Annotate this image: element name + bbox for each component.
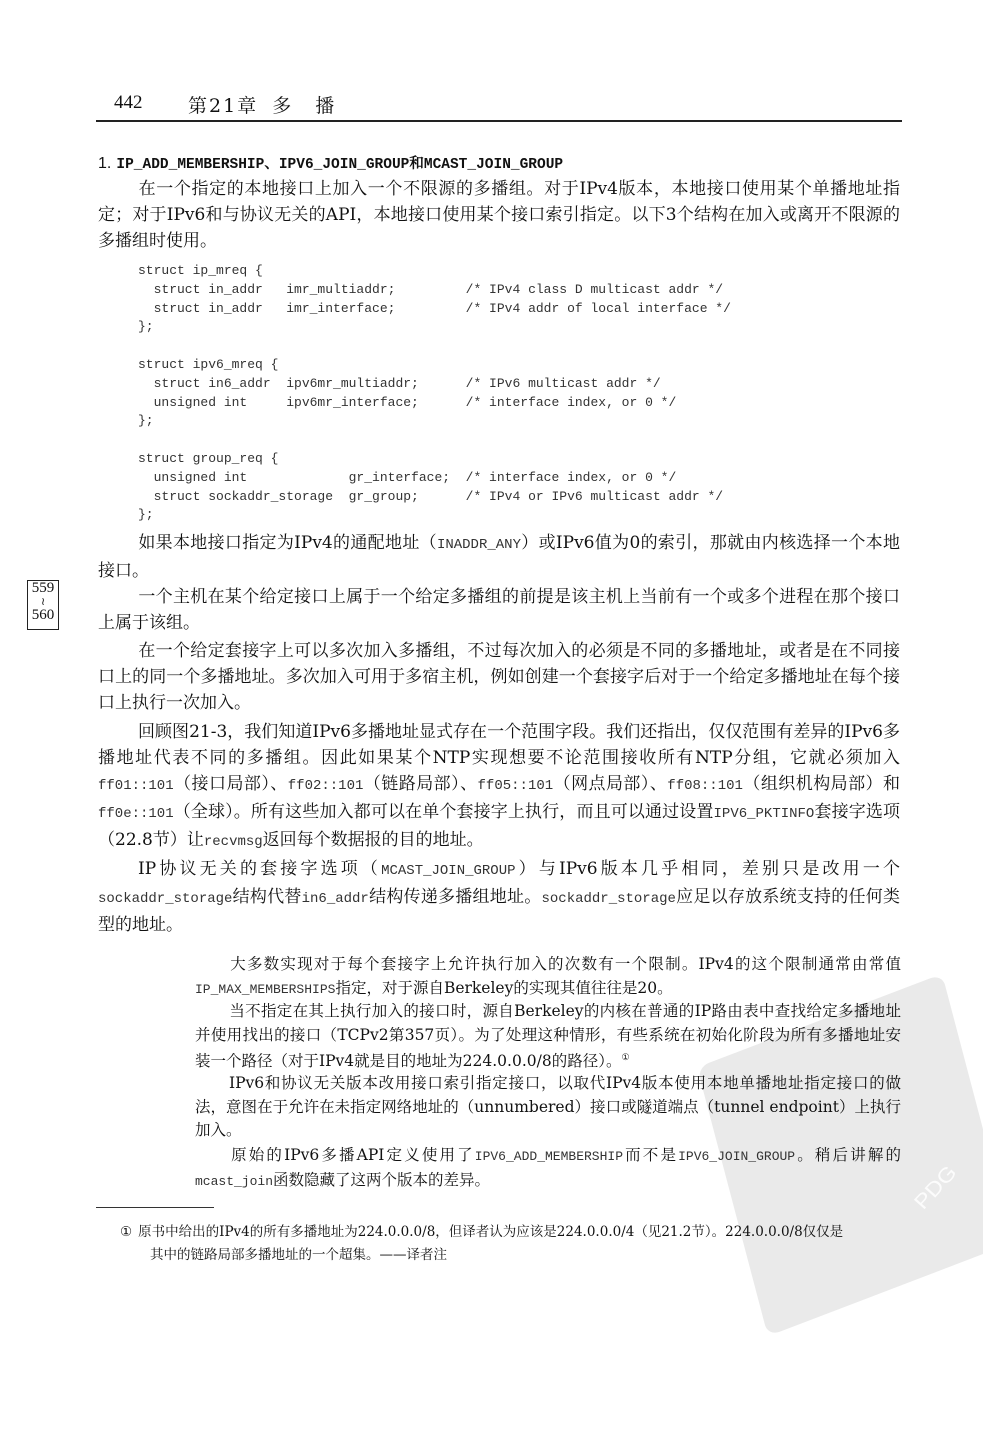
inline-code: IPV6_JOIN_GROUP: [678, 1149, 795, 1164]
ref-bottom: 560: [32, 607, 55, 623]
text: （接口局部）、: [174, 774, 288, 794]
text: 返回每个数据报的目的地址。: [263, 830, 484, 850]
footnote-line2: 其中的链路局部多播地址的一个超集。——译者注: [120, 1244, 902, 1267]
inline-code: ff01::101: [98, 778, 174, 794]
inline-code: ff08::101: [667, 778, 743, 794]
text: 原始的IPv6多播API定义使用了: [229, 1146, 475, 1164]
text: 回顾图21-3，我们知道IPv6多播地址显式存在一个范围字段。我们还指出，仅仅范…: [98, 722, 900, 768]
inline-code: INADDR_ANY: [437, 537, 521, 553]
inline-code: sockaddr_storage: [541, 891, 675, 907]
text: IP协议无关的套接字选项（: [138, 859, 381, 879]
paragraph-ipv6-scope: 回顾图21-3，我们知道IPv6多播地址显式存在一个范围字段。我们还指出，仅仅范…: [98, 719, 900, 855]
section-heading: 1. IP_ADD_MEMBERSHIP、IPV6_JOIN_GROUP和MCA…: [98, 152, 563, 173]
text: ）与IPv6版本几乎相同，差别只是改用一个: [516, 859, 900, 879]
section-title-sep: 、: [264, 155, 279, 172]
page-header: 442 第21章多播: [96, 88, 902, 122]
margin-page-reference: 559 ≀ 560: [27, 580, 59, 630]
footnote-marker: ①: [120, 1224, 132, 1240]
footnote-divider: [96, 1207, 214, 1208]
note-interface-index: IPv6和协议无关版本改用接口索引指定接口，以取代IPv4版本使用本地单播地址指…: [195, 1072, 901, 1143]
text: 结构代替: [232, 887, 301, 907]
code-block-ip-mreq: struct ip_mreq { struct in_addr imr_mult…: [138, 262, 731, 337]
text: （网点局部）、: [553, 774, 667, 794]
text: 。稍后讲解的: [795, 1146, 901, 1164]
text: 大多数实现对于每个套接字上允许执行加入的次数有一个限制。IPv4的这个限制通常由…: [229, 955, 901, 973]
inline-code: ff05::101: [478, 778, 554, 794]
section-number: 1.: [98, 155, 111, 172]
text: 一个主机在某个给定接口上属于一个给定多播组的前提是该主机上当前有一个或多个进程在…: [98, 587, 900, 633]
text: （组织机构局部）和: [743, 774, 900, 794]
intro-text: 在一个指定的本地接口上加入一个不限源的多播组。对于IPv4版本，本地接口使用某个…: [98, 179, 900, 251]
inline-code: in6_addr: [302, 891, 369, 907]
text: 而不是: [623, 1146, 678, 1164]
inline-code: ff0e::101: [98, 806, 174, 822]
text: （全球）。所有这些加入都可以在单个套接字上执行，而且可以通过设置: [174, 802, 714, 822]
paragraph-membership: 一个主机在某个给定接口上属于一个给定多播组的前提是该主机上当前有一个或多个进程在…: [98, 584, 900, 636]
code-block-ipv6-mreq: struct ipv6_mreq { struct in6_addr ipv6m…: [138, 356, 676, 431]
paragraph-multiple-joins: 在一个给定套接字上可以多次加入多播组，不过每次加入的必须是不同的多播地址，或者是…: [98, 638, 900, 716]
note-routing: 当不指定在其上执行加入的接口时，源自Berkeley的内核在普通的IP路由表中查…: [195, 1000, 901, 1074]
inline-code: IPV6_PKTINFO: [714, 806, 815, 822]
chapter-topic: 多播: [272, 95, 358, 117]
intro-paragraph: 在一个指定的本地接口上加入一个不限源的多播组。对于IPv4版本，本地接口使用某个…: [98, 176, 900, 254]
inline-code: ff02::101: [288, 778, 364, 794]
text: 如果本地接口指定为IPv4的通配地址（: [138, 533, 437, 553]
section-title-part2: IPV6_JOIN_GROUP: [279, 157, 410, 173]
section-title-part3: MCAST_JOIN_GROUP: [424, 157, 563, 173]
inline-code: recvmsg: [204, 834, 263, 850]
inline-code: IP_MAX_MEMBERSHIPS: [195, 982, 335, 997]
inline-code: mcast_join: [195, 1174, 273, 1189]
code-block-group-req: struct group_req { unsigned int gr_inter…: [138, 450, 723, 525]
ref-top: 559: [32, 580, 55, 596]
paragraph-protocol-independent: IP协议无关的套接字选项（MCAST_JOIN_GROUP）与IPv6版本几乎相…: [98, 856, 900, 938]
text: 结构传递多播组地址。: [369, 887, 542, 907]
text: 在一个给定套接字上可以多次加入多播组，不过每次加入的必须是不同的多播地址，或者是…: [98, 641, 900, 713]
chapter-title: 第21章多播: [188, 91, 358, 118]
inline-code: IPV6_ADD_MEMBERSHIP: [475, 1149, 623, 1164]
paragraph-wildcard: 如果本地接口指定为IPv4的通配地址（INADDR_ANY）或IPv6值为0的索…: [98, 530, 900, 584]
footnote: ①原书中给出的IPv4的所有多播地址为224.0.0.0/8，但译者认为应该是2…: [120, 1221, 902, 1267]
note-original-api: 原始的IPv6多播API定义使用了IPV6_ADD_MEMBERSHIP而不是I…: [195, 1144, 901, 1193]
chapter-number: 第21章: [188, 95, 258, 117]
text: 指定，对于源自Berkeley的实现其值往往是20。: [335, 979, 672, 997]
inline-code: MCAST_JOIN_GROUP: [381, 863, 515, 879]
section-title-part1: IP_ADD_MEMBERSHIP: [116, 157, 264, 173]
inline-code: sockaddr_storage: [98, 891, 232, 907]
footnote-line1: 原书中给出的IPv4的所有多播地址为224.0.0.0/8，但译者认为应该是22…: [138, 1224, 843, 1240]
text: IPv6和协议无关版本改用接口索引指定接口，以取代IPv4版本使用本地单播地址指…: [195, 1074, 901, 1139]
note-join-limit: 大多数实现对于每个套接字上允许执行加入的次数有一个限制。IPv4的这个限制通常由…: [195, 953, 901, 1001]
watermark-label: PDG: [910, 1161, 963, 1215]
text: （链路局部）、: [363, 774, 477, 794]
text: 当不指定在其上执行加入的接口时，源自Berkeley的内核在普通的IP路由表中查…: [195, 1002, 901, 1070]
page-number: 442: [114, 92, 143, 114]
section-title-conj: 和: [409, 155, 424, 172]
text: 函数隐藏了这两个版本的差异。: [273, 1171, 490, 1189]
footnote-ref[interactable]: ①: [621, 1053, 629, 1063]
